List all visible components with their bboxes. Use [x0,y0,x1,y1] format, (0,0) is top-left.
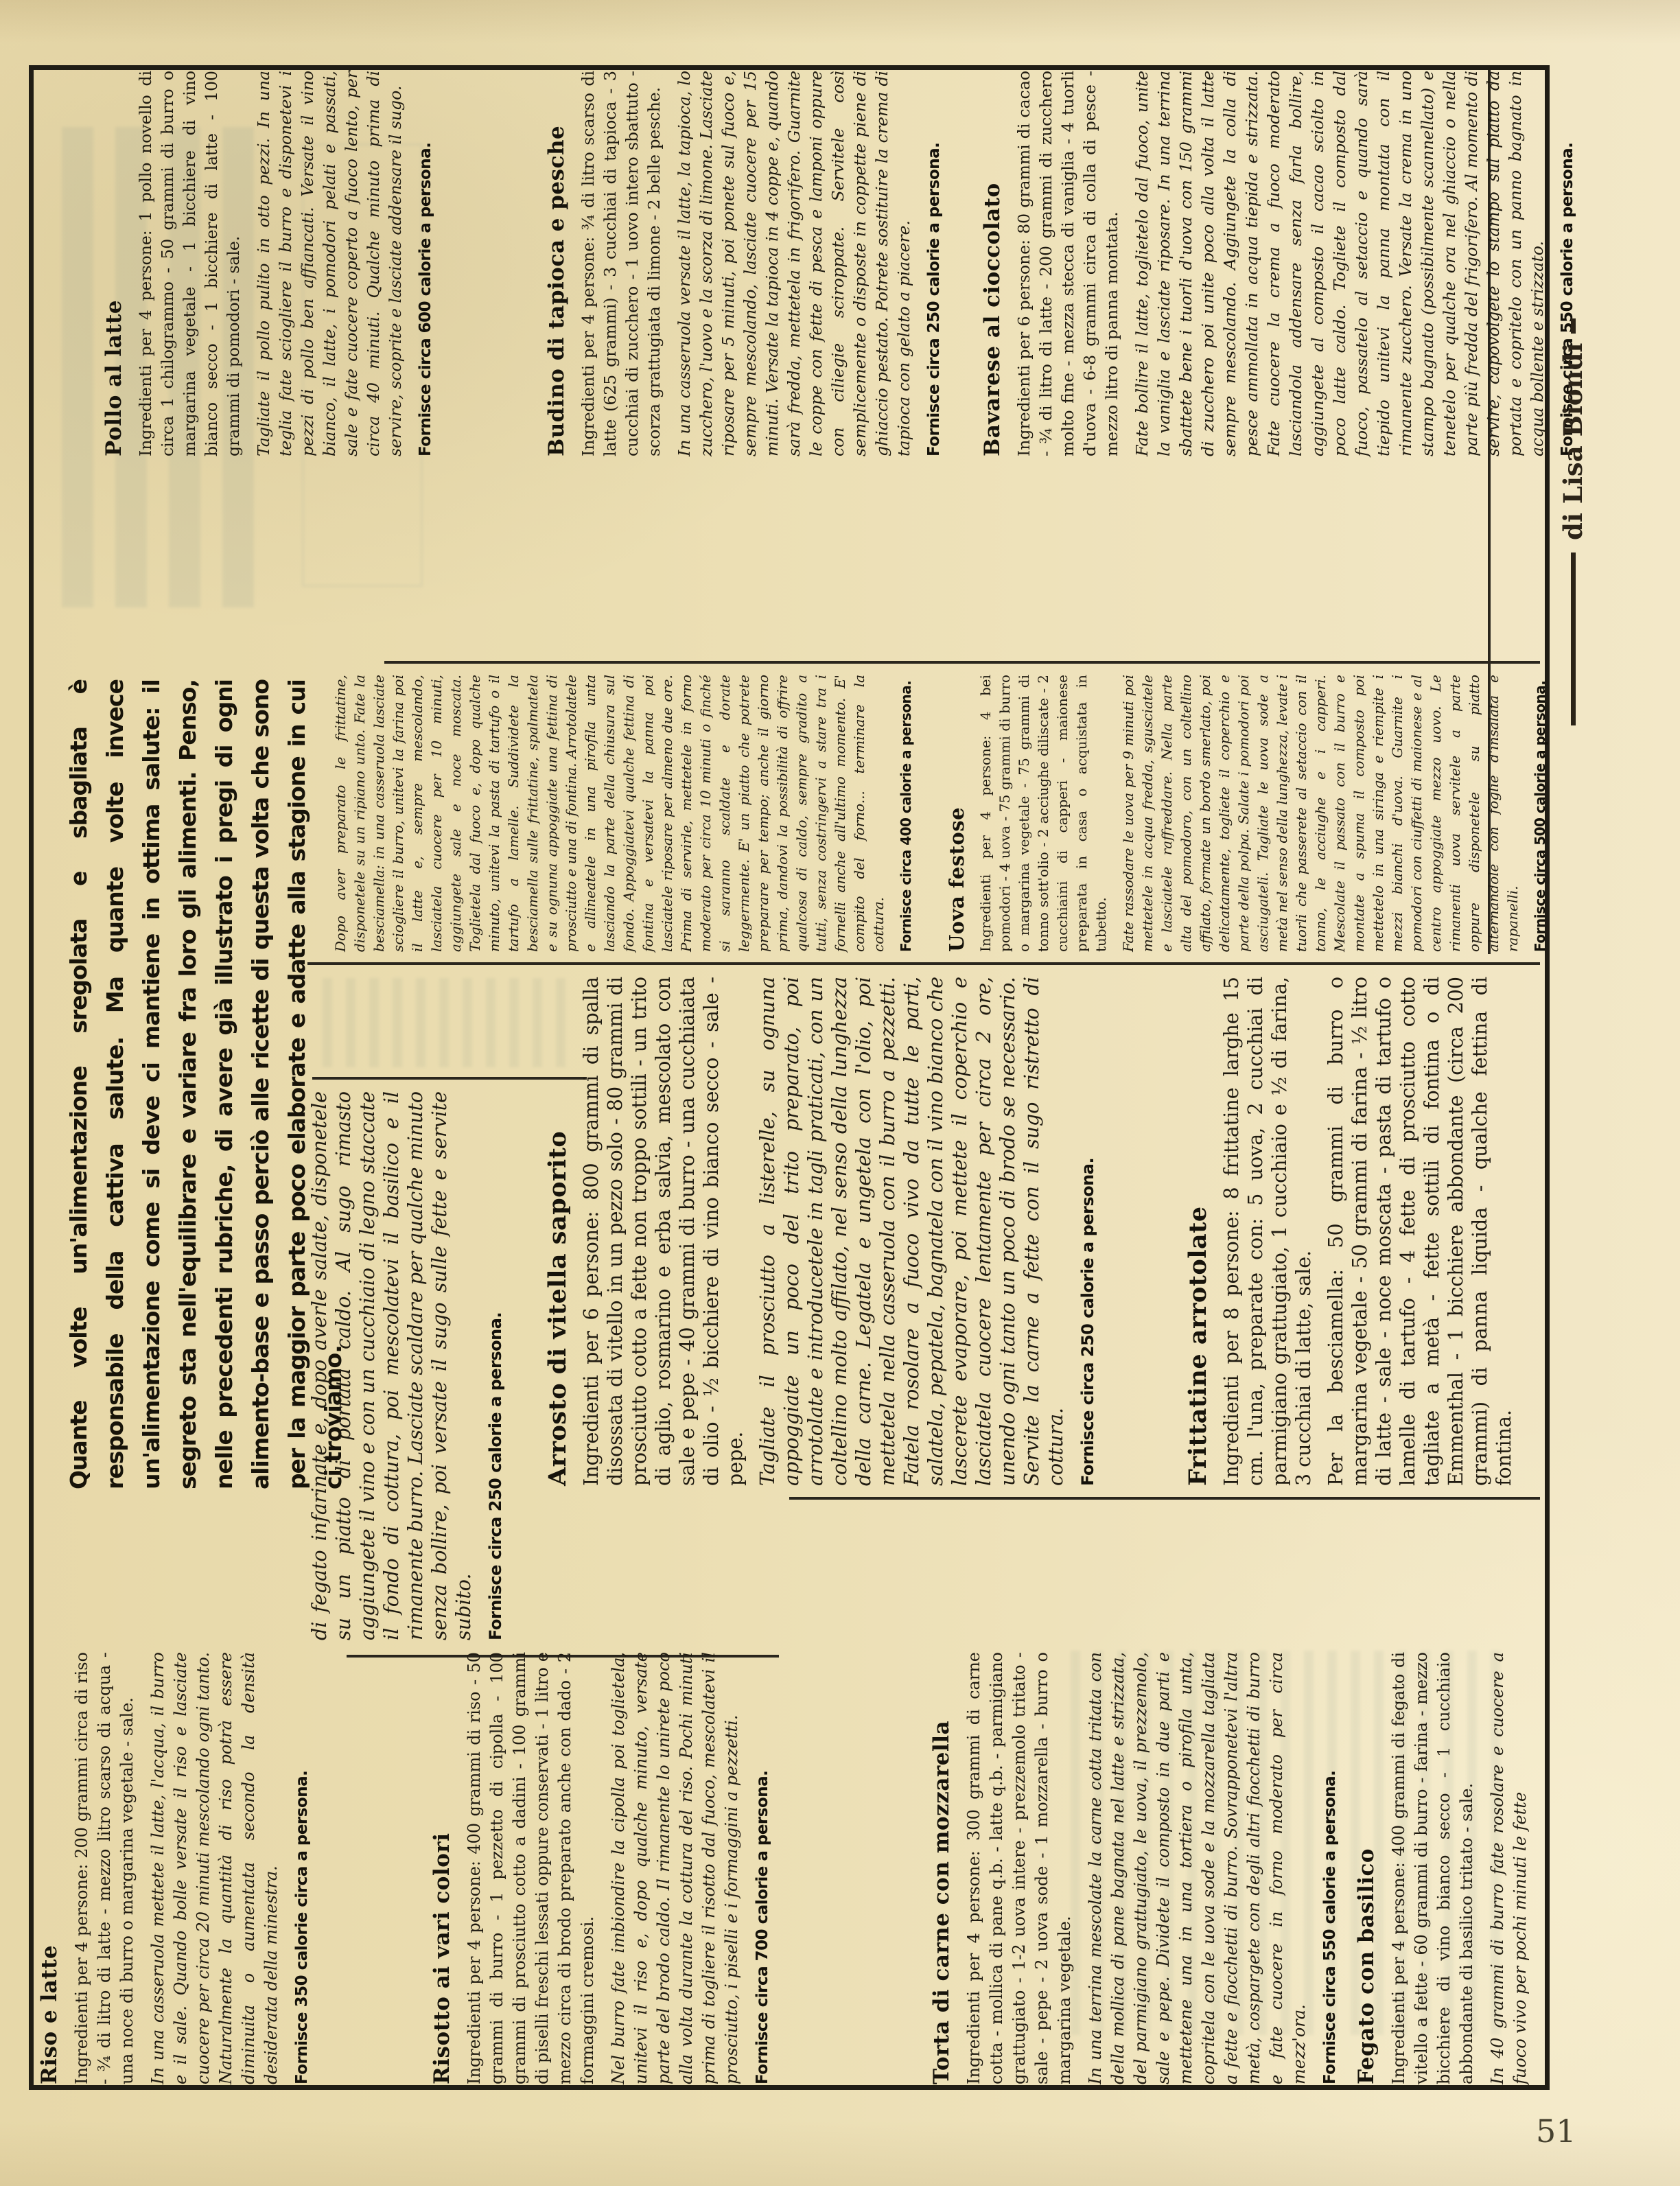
recipe-ingredients: Ingredienti per 4 persone: 1 pollo novel… [135,71,244,456]
recipe-title: Bavarese al cioccolato [981,71,1003,456]
recipe-frittatine-arrotolate-body: Dopo aver preparato le frittatine, dispo… [331,675,924,952]
byline: di Lisa Biondi [1558,314,1588,725]
recipe-body: In una casseruola mettete il latte, l'ac… [147,1652,283,2084]
recipe-calories: Fornisce circa 250 calorie a persona. [484,1091,508,1640]
recipe-fegato-continuation: di fegato infarinate e, dopo averle sala… [307,1091,516,1640]
scanned-magazine-page: Quante volte un'alimentazione sregolata … [0,0,1680,2186]
recipe-ingredients: Ingredienti per 4 persone: 4 bei pomodor… [976,675,1110,952]
recipe-body: Nel burro fate imbiondire la cipolla poi… [607,1652,743,2084]
byline-rule [1571,553,1576,725]
recipe-calories: Fornisce circa 550 calorie a persona. [1319,1652,1342,2084]
recipe-body: Fate rassodare le uova per 9 minuti poi … [1119,675,1522,952]
page-number: 51 [1536,2113,1576,2150]
recipe-body-continuation: di fegato infarinate e, dopo averle sala… [307,1091,476,1640]
recipe-calories: Fornisce circa 500 calorie a persona. [1530,675,1550,952]
recipe-ingredients: Ingredienti per 4 persone: 300 grammi di… [963,1652,1076,2084]
recipe-calories: Fornisce circa 250 calorie a persona. [923,71,945,456]
recipe-title: Fegato con basilico [1355,1652,1378,2084]
recipe-title: Risotto ai vari colori [431,1652,454,2084]
recipe-arrosto-di-vitella-saporito: Arrosto di vitella saporito Ingredienti … [546,977,1108,1486]
recipe-riso-e-latte: Riso e latte Ingredienti per 4 persone: … [38,1652,322,2084]
recipe-frittatine-arrotolate-head: Frittatine arrotolate Ingredienti per 8 … [1186,977,1524,1486]
column-rule-center [307,962,1540,965]
recipe-title: Frittatine arrotolate [1186,977,1210,1486]
recipe-torta-di-carne-con-mozzarella: Torta di carne con mozzarella Ingredient… [931,1652,1350,2084]
byline-text: di Lisa Biondi [1558,343,1588,540]
column-rule-left-lower [789,1497,1540,1500]
byline-end-dash [1571,318,1576,334]
recipe-body-start: In 40 grammi di burro fate rosolare e cu… [1486,1652,1532,2084]
rotated-recipe-page: Quante volte un'alimentazione sregolata … [0,0,1680,2186]
recipe-calories: Fornisce circa 600 calorie a persona. [415,71,436,456]
recipe-budino-di-tapioca-e-pesche: Budino di tapioca e pesche Ingredienti p… [546,71,953,456]
recipe-ingredients: Ingredienti per 4 persone: 200 grammi ci… [71,1652,139,2084]
recipe-title: Budino di tapioca e pesche [546,71,568,456]
recipe-calories: Fornisce circa 700 calorie a persona. [751,1652,774,2084]
recipe-uova-festose: Uova festose Ingredienti per 4 persone: … [947,675,1558,952]
recipe-body: Tagliate il prosciutto a listerelle, su … [756,977,1068,1486]
column-rule-right [384,661,1540,664]
recipe-body: Fate bollire il latte, toglietelo dal fu… [1131,71,1548,456]
recipe-ingredients: Ingredienti per 4 persone: ¾ di litro sc… [577,71,665,456]
recipe-title: Uova festose [947,675,966,952]
recipe-ingredients: Ingredienti per 4 persone: 400 grammi di… [463,1652,599,2084]
recipe-ingredients: Ingredienti per 6 persone: 800 grammi di… [579,977,747,1486]
recipe-ingredients: Ingredienti per 6 persone: 80 grammi di … [1013,71,1123,456]
recipe-ingredients-besciamella: Per la besciamella: 50 grammi di burro o… [1324,977,1516,1486]
recipe-ingredients: Ingredienti per 8 persone: 8 frittatine … [1220,977,1316,1486]
recipe-risotto-ai-vari-colori: Risotto ai vari colori Ingredienti per 4… [431,1652,782,2084]
recipe-body: Dopo aver preparato le frittatine, dispo… [331,675,888,952]
recipe-title: Riso e latte [38,1652,61,2084]
recipe-calories: Fornisce circa 400 calorie a persona. [896,675,915,952]
recipe-title: Torta di carne con mozzarella [931,1652,953,2084]
recipe-bavarese-al-cioccolato: Bavarese al cioccolato Ingredienti per 6… [981,71,1587,456]
recipe-ingredients: Ingredienti per 4 persone: 400 grammi di… [1388,1652,1478,2084]
recipe-calories: Fornisce 350 calorie circa a persona. [291,1652,314,2084]
recipe-pollo-al-latte: Pollo al latte Ingredienti per 4 persone… [103,71,445,456]
recipe-title: Arrosto di vitella saporito [546,977,570,1486]
recipe-title: Pollo al latte [103,71,125,456]
recipe-calories: Fornisce circa 250 calorie a persona. [1076,977,1100,1486]
recipe-fegato-con-basilico: Fegato con basilico Ingredienti per 4 pe… [1355,1652,1540,2084]
recipe-body: In una casseruola versate il latte, la t… [673,71,915,456]
recipe-body: In una terrina mescolate la carne cotta … [1084,1652,1311,2084]
recipe-body: Tagliate il pollo pulito in otto pezzi. … [253,71,406,456]
